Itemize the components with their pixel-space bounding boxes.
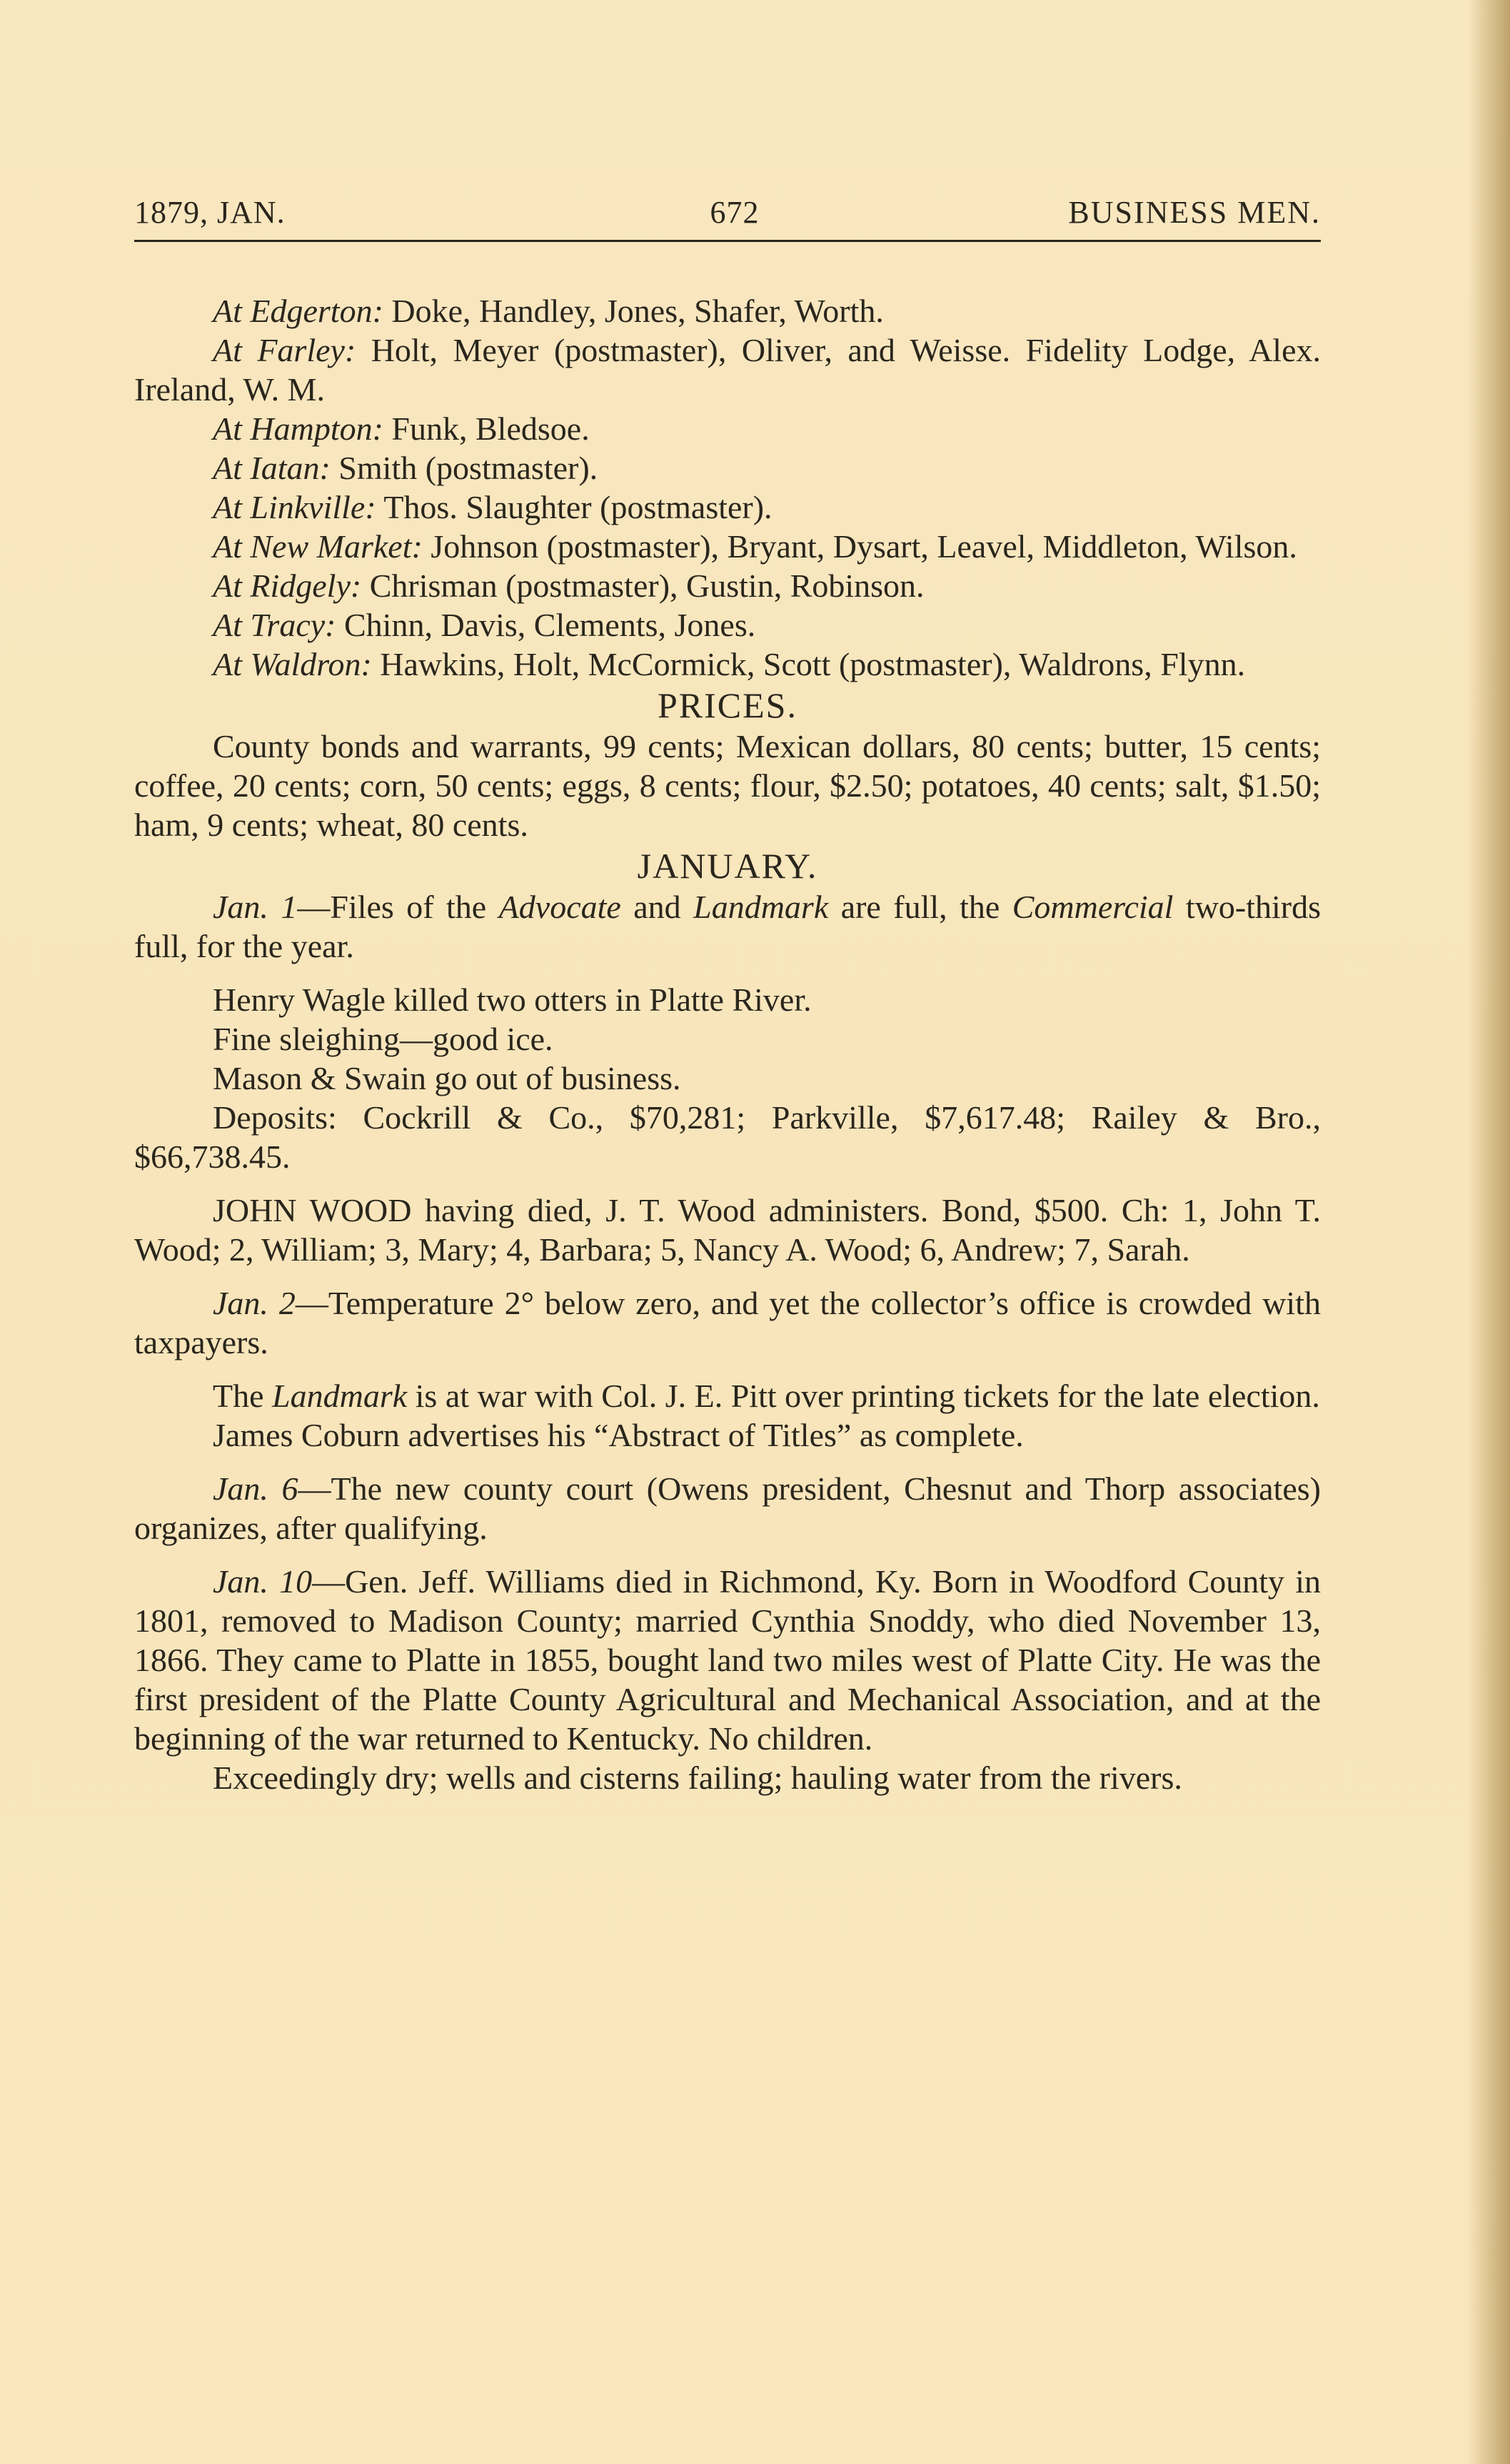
- entry-otters: Henry Wagle killed two otters in Platte …: [134, 980, 1321, 1019]
- town-label: At Edgerton:: [213, 293, 383, 329]
- town-label: At Farley:: [213, 332, 356, 368]
- newspaper-name: Landmark: [693, 889, 828, 925]
- town-label: At Iatan:: [213, 450, 331, 486]
- entry-jan-1: Jan. 1—Files of the Advocate and Landmar…: [134, 887, 1321, 966]
- town-text: Doke, Handley, Jones, Shafer, Worth.: [383, 293, 884, 329]
- town-entry-hampton: At Hampton: Funk, Bledsoe.: [134, 409, 1321, 448]
- town-label: At Hampton:: [213, 410, 383, 447]
- town-text: Funk, Bledsoe.: [383, 410, 590, 447]
- page-body: At Edgerton: Doke, Handley, Jones, Shafe…: [134, 291, 1321, 1797]
- entry-landmark-war: The Landmark is at war with Col. J. E. P…: [134, 1376, 1321, 1415]
- town-text: Johnson (postmaster), Bryant, Dysart, Le…: [423, 528, 1297, 565]
- entry-john-wood: JOHN WOOD having died, J. T. Wood admini…: [134, 1191, 1321, 1269]
- town-text: Thos. Slaughter (postmaster).: [376, 489, 772, 525]
- running-head: 1879, JAN. 672 BUSINESS MEN.: [134, 191, 1321, 234]
- newspaper-name: Landmark: [272, 1378, 407, 1414]
- entry-sleighing: Fine sleighing—good ice.: [134, 1019, 1321, 1059]
- entry-deposits: Deposits: Cockrill & Co., $70,281; Parkv…: [134, 1098, 1321, 1176]
- entry-jan-2: Jan. 2—Temperature 2° below zero, and ye…: [134, 1283, 1321, 1362]
- prices-paragraph: County bonds and warrants, 99 cents; Mex…: [134, 727, 1321, 844]
- entry-text: are full, the: [828, 889, 1012, 925]
- entry-date: Jan. 1: [213, 889, 297, 925]
- entry-jan-10: Jan. 10—Gen. Jeff. Williams died in Rich…: [134, 1562, 1321, 1758]
- entry-coburn: James Coburn advertises his “Abstract of…: [134, 1415, 1321, 1455]
- town-text: Chinn, Davis, Clements, Jones.: [336, 607, 755, 643]
- entry-mason-swain: Mason & Swain go out of business.: [134, 1059, 1321, 1098]
- town-label: At Waldron:: [213, 646, 372, 682]
- entry-text: —Temperature 2° below zero, and yet the …: [134, 1285, 1321, 1360]
- entry-text: —Gen. Jeff. Williams died in Richmond, K…: [134, 1563, 1321, 1757]
- town-entry-iatan: At Iatan: Smith (postmaster).: [134, 448, 1321, 488]
- entry-date: Jan. 2: [213, 1285, 296, 1321]
- header-rule: [134, 240, 1321, 242]
- town-text: Hawkins, Holt, McCormick, Scott (postmas…: [372, 646, 1245, 682]
- entry-date: Jan. 6: [213, 1470, 298, 1507]
- town-entry-linkville: At Linkville: Thos. Slaughter (postmaste…: [134, 488, 1321, 527]
- scanned-book-page: 1879, JAN. 672 BUSINESS MEN. At Edgerton…: [0, 0, 1510, 2464]
- town-text: Chrisman (postmaster), Gustin, Robinson.: [361, 567, 924, 604]
- town-label: At Linkville:: [213, 489, 376, 525]
- town-entry-waldron: At Waldron: Hawkins, Holt, McCormick, Sc…: [134, 645, 1321, 684]
- section-heading-january: JANUARY.: [134, 844, 1321, 887]
- entry-text: —The new county court (Owens president, …: [134, 1470, 1321, 1546]
- entry-dry-weather: Exceedingly dry; wells and cisterns fail…: [134, 1758, 1321, 1797]
- running-head-title: BUSINESS MEN.: [1068, 191, 1321, 234]
- town-entry-edgerton: At Edgerton: Doke, Handley, Jones, Shafe…: [134, 291, 1321, 330]
- entry-jan-6: Jan. 6—The new county court (Owens presi…: [134, 1469, 1321, 1547]
- entry-text: —Files of the: [297, 889, 498, 925]
- entry-text: is at war with Col. J. E. Pitt over prin…: [407, 1378, 1320, 1414]
- town-text: Smith (postmaster).: [331, 450, 598, 486]
- entry-date: Jan. 10: [213, 1563, 312, 1600]
- town-label: At Ridgely:: [213, 567, 361, 604]
- town-entry-ridgely: At Ridgely: Chrisman (postmaster), Gusti…: [134, 566, 1321, 605]
- town-label: At Tracy:: [213, 607, 336, 643]
- town-entry-farley: At Farley: Holt, Meyer (postmaster), Oli…: [134, 330, 1321, 409]
- town-entry-tracy: At Tracy: Chinn, Davis, Clements, Jones.: [134, 605, 1321, 645]
- entry-text: The: [213, 1378, 272, 1414]
- town-label: At New Market:: [213, 528, 423, 565]
- entry-text: and: [621, 889, 693, 925]
- newspaper-name: Commercial: [1012, 889, 1174, 925]
- town-entry-new-market: At New Market: Johnson (postmaster), Bry…: [134, 527, 1321, 566]
- section-heading-prices: PRICES.: [134, 684, 1321, 727]
- newspaper-name: Advocate: [499, 889, 621, 925]
